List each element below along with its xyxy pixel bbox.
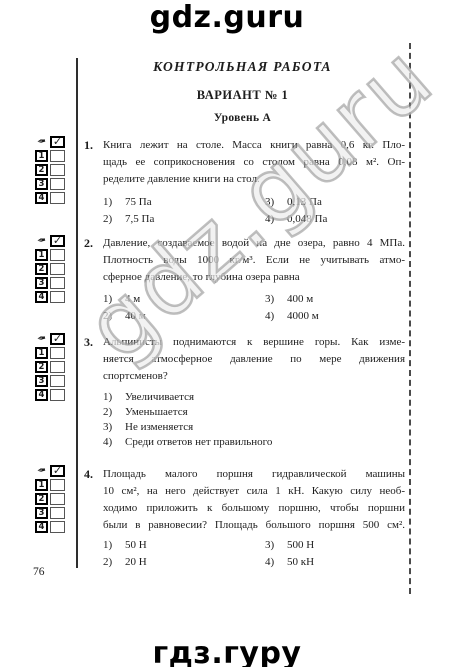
answer-option: 1)Увеличивается	[103, 390, 405, 405]
pen-icon: ✒	[34, 332, 49, 346]
question-text: Площадь малого поршня гидравлической маш…	[103, 466, 405, 571]
answer-number: 4)	[265, 211, 287, 228]
answer-text: 7,5 Па	[125, 211, 154, 228]
answer-checkbox	[50, 361, 65, 373]
question-text-line: ределите давление книги на стол.	[103, 171, 405, 188]
answer-text: 500 Н	[287, 537, 314, 554]
answer-checkbox	[50, 150, 65, 162]
answer-marking-panel-q2: ✒ ✓ 1 2 3 4	[35, 235, 67, 305]
answer-checkbox	[50, 249, 65, 261]
panel-header-row: ✒ ✓	[35, 235, 67, 247]
option-number-box: 2	[35, 164, 48, 176]
test-title: КОНТРОЛЬНАЯ РАБОТА	[76, 59, 409, 75]
question-block: 3. Альпинисты поднимаются к вершине горы…	[84, 334, 406, 450]
answer-checkbox	[50, 507, 65, 519]
answer-checkbox	[50, 479, 65, 491]
answer-options: 1)75 Па 3)0,13 Па 2)7,5 Па 4)0,048 Па	[103, 194, 405, 228]
question-text-line: Плотность воды 1000 кг/м³. Если не учиты…	[103, 252, 405, 269]
answer-option: 1)75 Па	[103, 194, 265, 211]
answer-option: 2)40 м	[103, 308, 265, 325]
answer-number: 1)	[103, 291, 125, 308]
answer-number: 4)	[265, 308, 287, 325]
answer-checkbox	[50, 277, 65, 289]
answer-text: 400 м	[287, 291, 313, 308]
answer-checkbox	[50, 291, 65, 303]
option-number-box: 3	[35, 375, 48, 387]
answer-option: 1)4 м	[103, 291, 265, 308]
option-number-box: 1	[35, 479, 48, 491]
answer-option: 4)4000 м	[265, 308, 405, 325]
question-block: 2. Давление, создаваемое водой на дне оз…	[84, 235, 406, 325]
option-number-box: 3	[35, 277, 48, 289]
page-edge-dashed-rule	[409, 43, 411, 594]
answer-option: 3)400 м	[265, 291, 405, 308]
answer-number: 2)	[103, 211, 125, 228]
option-number-box: 1	[35, 249, 48, 261]
answer-text: 4000 м	[287, 308, 319, 325]
checked-checkbox: ✓	[50, 465, 65, 477]
level-heading: Уровень А	[76, 112, 409, 124]
panel-header-row: ✒ ✓	[35, 136, 67, 148]
question-text: Давление, создаваемое водой на дне озера…	[103, 235, 405, 325]
question-text-line: Книга лежит на столе. Масса книги равна …	[103, 137, 405, 154]
check-icon: ✓	[53, 235, 62, 246]
option-number-box: 1	[35, 150, 48, 162]
answer-option: 3)Не изменяется	[103, 420, 405, 435]
answer-marking-panel-q1: ✒ ✓ 1 2 3 4	[35, 136, 67, 206]
answer-text: 20 Н	[125, 554, 147, 571]
answer-number: 2)	[103, 308, 125, 325]
answer-number: 3)	[265, 194, 287, 211]
answer-number: 3)	[265, 537, 287, 554]
question-text-line: няется атмосферное давление по мере движ…	[103, 351, 405, 368]
question-text-line: сферное давление, то глубина озера равна	[103, 269, 405, 286]
answer-number: 4)	[265, 554, 287, 571]
answer-number: 4)	[103, 435, 125, 450]
question-block: 4. Площадь малого поршня гидравлической …	[84, 466, 406, 571]
screenshot-root: gdz.guru КОНТРОЛЬНАЯ РАБОТА ВАРИАНТ № 1 …	[0, 0, 454, 667]
answer-number: 1)	[103, 390, 125, 405]
answer-option: 4)Среди ответов нет правильного	[103, 435, 405, 450]
check-icon: ✓	[53, 465, 62, 476]
question-number: 4.	[84, 466, 93, 483]
question-text-line: ходимо приложить к большому поршню, чтоб…	[103, 500, 405, 517]
option-number-box: 2	[35, 263, 48, 275]
option-number-box: 4	[35, 389, 48, 401]
answer-text: Среди ответов нет правильного	[125, 435, 272, 450]
answer-checkbox	[50, 164, 65, 176]
answer-checkbox	[50, 375, 65, 387]
option-number-box: 2	[35, 493, 48, 505]
answer-option: 3)0,13 Па	[265, 194, 405, 211]
option-number-box: 4	[35, 521, 48, 533]
question-number: 2.	[84, 235, 93, 252]
answer-option: 2)Уменьшается	[103, 405, 405, 420]
answer-option: 1)50 Н	[103, 537, 265, 554]
answer-text: 0,13 Па	[287, 194, 322, 211]
answer-text: 75 Па	[125, 194, 152, 211]
question-text: Альпинисты поднимаются к вершине горы. К…	[103, 334, 405, 450]
answer-option: 3)500 Н	[265, 537, 405, 554]
question-text-line: Давление, создаваемое водой на дне озера…	[103, 235, 405, 252]
answer-text: 50 Н	[125, 537, 147, 554]
question-block: 1. Книга лежит на столе. Масса книги рав…	[84, 137, 406, 228]
answer-number: 1)	[103, 537, 125, 554]
question-text-line: были в равновесии? Площадь большого порш…	[103, 517, 405, 534]
answer-checkbox	[50, 389, 65, 401]
checked-checkbox: ✓	[50, 235, 65, 247]
answer-option: 2)7,5 Па	[103, 211, 265, 228]
answer-text: Не изменяется	[125, 420, 193, 435]
answer-options: 1)Увеличивается 2)Уменьшается 3)Не измен…	[103, 390, 405, 450]
option-number-box: 1	[35, 347, 48, 359]
option-number-box: 3	[35, 178, 48, 190]
question-number: 3.	[84, 334, 93, 351]
answer-checkbox	[50, 192, 65, 204]
question-number: 1.	[84, 137, 93, 154]
answer-text: Уменьшается	[125, 405, 188, 420]
question-text-line: спортсменов?	[103, 368, 405, 385]
variant-heading: ВАРИАНТ № 1	[76, 88, 409, 103]
pen-icon: ✒	[34, 234, 49, 248]
answer-marking-panel-q3: ✒ ✓ 1 2 3 4	[35, 333, 67, 403]
panel-header-row: ✒ ✓	[35, 333, 67, 345]
question-text-line: Площадь малого поршня гидравлической маш…	[103, 466, 405, 483]
pen-icon: ✒	[34, 135, 49, 149]
answer-checkbox	[50, 521, 65, 533]
checked-checkbox: ✓	[50, 333, 65, 345]
page-margin-rule	[76, 58, 78, 568]
answer-marking-panel-q4: ✒ ✓ 1 2 3 4	[35, 465, 67, 535]
answer-options: 1)50 Н 3)500 Н 2)20 Н 4)50 кН	[103, 537, 405, 571]
page-number: 76	[33, 566, 45, 578]
answer-checkbox	[50, 178, 65, 190]
question-text-line: 10 см², на него действует сила 1 кН. Как…	[103, 483, 405, 500]
answer-checkbox	[50, 347, 65, 359]
answer-number: 2)	[103, 554, 125, 571]
answer-option: 2)20 Н	[103, 554, 265, 571]
answer-number: 1)	[103, 194, 125, 211]
answer-number: 3)	[103, 420, 125, 435]
question-text: Книга лежит на столе. Масса книги равна …	[103, 137, 405, 228]
answer-option: 4)50 кН	[265, 554, 405, 571]
option-number-box: 4	[35, 192, 48, 204]
panel-header-row: ✒ ✓	[35, 465, 67, 477]
answer-number: 3)	[265, 291, 287, 308]
answer-number: 2)	[103, 405, 125, 420]
site-logo-text: gdz.guru	[0, 1, 454, 35]
answer-options: 1)4 м 3)400 м 2)40 м 4)4000 м	[103, 291, 405, 325]
answer-option: 4)0,048 Па	[265, 211, 405, 228]
answer-text: 0,048 Па	[287, 211, 327, 228]
check-icon: ✓	[53, 136, 62, 147]
checked-checkbox: ✓	[50, 136, 65, 148]
question-text-line: щадь ее соприкосновения со столом равна …	[103, 154, 405, 171]
answer-checkbox	[50, 493, 65, 505]
answer-text: 40 м	[125, 308, 146, 325]
option-number-box: 3	[35, 507, 48, 519]
answer-text: 50 кН	[287, 554, 314, 571]
option-number-box: 2	[35, 361, 48, 373]
answer-checkbox	[50, 263, 65, 275]
answer-text: 4 м	[125, 291, 140, 308]
answer-text: Увеличивается	[125, 390, 194, 405]
check-icon: ✓	[53, 333, 62, 344]
pen-icon: ✒	[34, 464, 49, 478]
option-number-box: 4	[35, 291, 48, 303]
footer-logo-text: гдз.гуру	[0, 637, 454, 667]
question-text-line: Альпинисты поднимаются к вершине горы. К…	[103, 334, 405, 351]
